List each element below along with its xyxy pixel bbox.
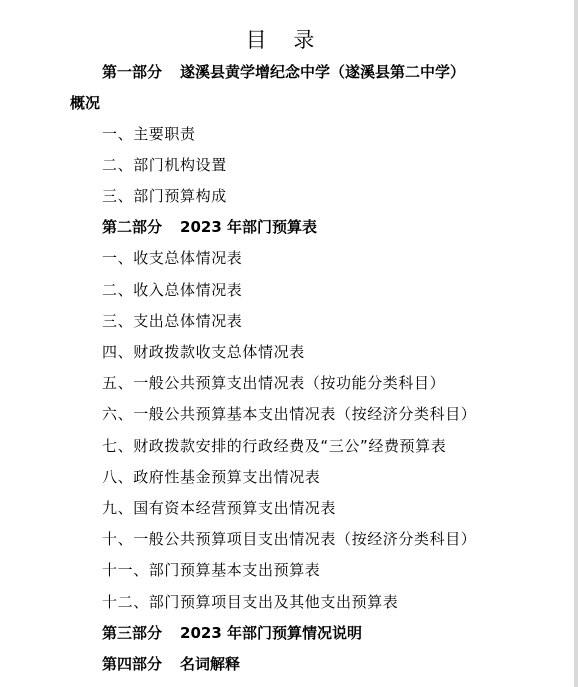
- toc-item[interactable]: 五、一般公共预算支出情况表（按功能分类科目）: [102, 372, 445, 394]
- toc-part-1-continuation[interactable]: 概况: [70, 92, 100, 114]
- toc-part-2[interactable]: 第二部分2023 年部门预算表: [102, 216, 317, 238]
- toc-part-4[interactable]: 第四部分名词解释: [102, 653, 240, 675]
- toc-title: 目 录: [0, 26, 560, 54]
- toc-item[interactable]: 六、一般公共预算基本支出情况表（按经济分类科目）: [102, 403, 476, 425]
- part-name: 遂溪县黄学增纪念中学（遂溪县第二中学）: [180, 63, 465, 81]
- toc-item[interactable]: 十一、部门预算基本支出预算表: [102, 559, 320, 581]
- part-label: 第二部分: [102, 216, 162, 238]
- part-label: 第一部分: [102, 61, 162, 83]
- toc-item[interactable]: 八、政府性基金预算支出情况表: [102, 466, 320, 488]
- part-label: 第四部分: [102, 653, 162, 675]
- toc-item[interactable]: 九、国有资本经营预算支出情况表: [102, 497, 336, 519]
- part-label: 第三部分: [102, 622, 162, 644]
- document-page: 目 录 第一部分遂溪县黄学增纪念中学（遂溪县第二中学） 概况 一、主要职责 二、…: [0, 0, 574, 687]
- toc-part-3[interactable]: 第三部分2023 年部门预算情况说明: [102, 622, 362, 644]
- part-name: 2023 年部门预算情况说明: [180, 624, 362, 642]
- toc-part-1[interactable]: 第一部分遂溪县黄学增纪念中学（遂溪县第二中学）: [102, 61, 465, 83]
- toc-item[interactable]: 十二、部门预算项目支出及其他支出预算表: [102, 591, 398, 613]
- toc-item[interactable]: 七、财政拨款安排的行政经费及“三公”经费预算表: [102, 435, 446, 457]
- part-name: 名词解释: [180, 655, 240, 673]
- toc-item[interactable]: 一、收支总体情况表: [102, 247, 242, 269]
- toc-item[interactable]: 一、主要职责: [102, 123, 196, 145]
- part-name: 2023 年部门预算表: [180, 218, 317, 236]
- toc-item[interactable]: 十、一般公共预算项目支出情况表（按经济分类科目）: [102, 528, 476, 550]
- toc-item[interactable]: 四、财政拨款收支总体情况表: [102, 341, 305, 363]
- page-edge-divider: [574, 0, 578, 687]
- toc-item[interactable]: 三、部门预算构成: [102, 185, 227, 207]
- toc-item[interactable]: 二、部门机构设置: [102, 154, 227, 176]
- toc-item[interactable]: 二、收入总体情况表: [102, 279, 242, 301]
- toc-item[interactable]: 三、支出总体情况表: [102, 310, 242, 332]
